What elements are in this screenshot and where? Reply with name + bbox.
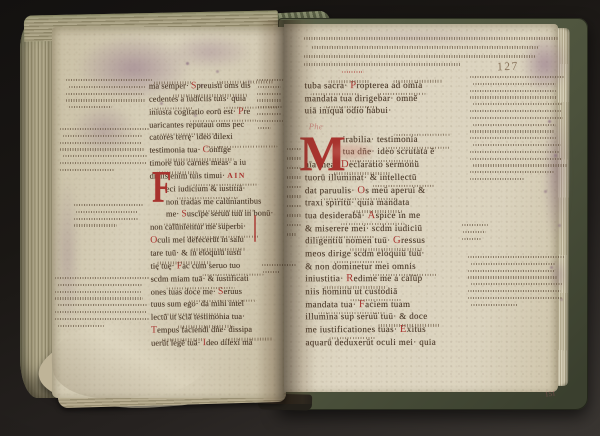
interlinear-gloss [350,159,418,162]
interlinear-gloss [329,80,370,82]
gloss-scribble-line [74,224,117,226]
gloss-scribble-line [470,137,556,139]
text-line: Oculi mei defecerūt in salu [150,234,286,248]
gloss-scribble-line [55,311,147,313]
interlinear-gloss [178,325,232,328]
margin-gloss-block [257,79,283,133]
text-line: tuus sum ego· da mihi intel [151,298,287,312]
recto-text-column: tuba sacra· Propterea ad omīamandata tua… [305,79,468,349]
text-segment: ressus [401,235,425,245]
gloss-scribble-line [257,79,283,81]
rubric-initial: G [393,235,401,246]
gloss-scribble-line [258,86,281,88]
margin-gloss-block [66,79,152,113]
text-line: niis hominū ut custodiā [305,285,467,298]
gloss-scribble-line [470,158,562,160]
gloss-scribble-line [473,144,561,146]
text-line: uerūt legē tuā· Ideo dilexi mā [151,336,287,350]
text-line: iniustitia· Redime me a calūp [305,272,467,285]
margin-gloss-block [468,256,564,310]
interlinear-gloss [191,248,245,251]
gloss-scribble-line [257,93,281,95]
text-segment: testimonia tua· [149,145,202,154]
gloss-scribble-line [287,195,302,197]
gloss-scribble-line [55,277,150,279]
gloss-scribble-line [312,46,538,49]
interlinear-gloss [324,106,376,108]
gloss-scribble-line [55,297,143,299]
text-line: tuba sacra· Propterea ad omīa [305,79,467,92]
gloss-scribble-line [76,211,138,213]
text-line: diligentiū nomen tuū· Gressus [305,234,467,247]
interlinear-gloss [370,274,438,277]
gloss-scribble-line [60,162,147,164]
gloss-scribble-line [58,304,148,306]
gloss-scribble-line [287,205,302,207]
gloss-scribble-line [257,113,282,115]
gloss-scribble-line [66,79,152,81]
interlinear-gloss [162,338,203,341]
interlinear-gloss [184,235,259,238]
gloss-scribble-line [470,90,556,92]
red-ink-smudge [328,145,372,158]
text-line: tare tuū· & in eloquiū iusti [150,246,286,260]
gloss-scribble-line [74,218,138,220]
gloss-scribble-line [304,55,535,58]
gloss-scribble-line [304,37,558,40]
gloss-scribble-line [66,93,144,95]
gloss-scribble-line [468,256,564,258]
gloss-scribble-line [470,130,555,132]
interlinear-gloss [189,299,257,302]
gloss-scribble-line [470,171,554,173]
gloss-scribble-line [60,169,115,171]
interlinear-gloss [350,248,423,251]
gloss-scribble-line [470,110,561,112]
gloss-scribble-line [60,142,142,144]
gloss-scribble-line [462,224,488,226]
margin-gloss-block [74,204,144,231]
interlinear-gloss [324,198,397,201]
section-heading: AIN [227,171,246,180]
gloss-scribble-line [287,224,301,226]
gloss-scribble-line [470,76,564,78]
interlinear-gloss [318,236,375,238]
interlinear-gloss [226,338,274,341]
interlinear-gloss [354,210,403,212]
gloss-scribble-line [468,276,557,278]
gloss-scribble-line [470,117,563,119]
interlinear-gloss [394,80,443,82]
gloss-scribble-line [287,233,296,235]
drop-cap-F: F [152,165,171,210]
gloss-scribble-line [471,283,562,285]
interlinear-gloss [318,312,386,315]
margin-gloss-block [55,277,150,331]
gloss-scribble-line [60,128,150,130]
gloss-scribble-line [287,186,301,188]
gloss-scribble-line [263,271,280,273]
manuscript-photo: ma semper· Spreuisti oms discedentes a i… [0,0,600,436]
margin-gloss-block [262,264,296,278]
gloss-scribble-line [473,164,567,166]
text-line: & non dominetur mei omnis [305,259,467,272]
gloss-scribble-line [471,304,518,306]
gloss-scribble-line [468,270,555,272]
gloss-scribble-line [287,214,300,216]
gloss-scribble-line [470,178,525,180]
gloss-scribble-line [55,291,141,293]
text-line: illumina sup seruū tuū· & doce [305,310,467,323]
corner-mark: 151 [545,389,556,398]
text-segment: dat paruulis· [305,185,357,195]
gloss-scribble-line [66,99,146,101]
text-line: tua desiderabā· Aspice in me [305,209,467,222]
gloss-scribble-line [258,106,283,108]
gloss-scribble-line [60,148,144,150]
gloss-scribble-line [468,290,561,292]
text-line: lectū ut sciā testimonia tua· [151,311,287,325]
gloss-scribble-line [473,124,556,126]
text-line: traxi spiritū· quia mandata [305,196,467,209]
text-line: meos dirige scdm eloquiū tuū· [305,247,467,260]
gloss-scribble-line [69,106,112,108]
folio-number: 127 [497,61,519,74]
margin-gloss-block [462,224,488,244]
gloss-scribble-line [470,96,557,98]
rubric-stroke [254,215,256,242]
gloss-scribble-line [257,99,281,101]
gloss-scribble-line [74,204,144,206]
text-line: Tempus faciendi dñe· dissipa [151,323,287,337]
interlinear-gloss [325,286,387,289]
margin-gloss-block [60,128,150,176]
gloss-scribble-line [471,263,556,265]
text-line: & miserere mei· scdm iudiciū [305,221,467,234]
gloss-scribble-line [63,135,143,137]
gloss-scribble-line [462,238,481,240]
gloss-scribble-line [473,103,562,105]
margin-gloss-block [470,76,564,185]
interlinear-gloss [386,147,451,150]
gloss-scribble-line [262,264,296,266]
interlinear-gloss [164,313,221,316]
text-line: me iustificationes tuas· Exitus [305,323,467,336]
text-line: dat paruulis· Os meū aperui & [305,183,467,196]
gloss-scribble-line [257,120,283,122]
interlinear-gloss [157,261,211,264]
text-line: non calūnientur me superbi· [150,221,286,235]
gloss-scribble-line [258,127,271,129]
margin-gloss-block [304,37,558,72]
gloss-scribble-line [304,63,461,66]
text-segment: iniustitia· [305,273,346,283]
text-line: mandata tua· Faciem tuam [305,297,467,310]
interlinear-gloss [373,185,435,188]
interlinear-gloss [207,145,278,148]
gloss-scribble-line [473,83,557,85]
text-line: ones tuas doce me· Seruus [151,285,287,299]
interlinear-gloss [378,324,440,327]
text-line: testimonia tua· Confige [149,144,285,158]
gloss-scribble-line [55,318,149,320]
gloss-scribble-line [58,284,143,286]
text-line: mandata tua dirigebar· omnē [305,91,467,104]
text-line: uiā iniquā odio habui· [305,104,467,117]
gloss-scribble-line [58,325,105,327]
gloss-scribble-line [63,155,149,157]
gloss-scribble-line [470,151,560,153]
text-line: aquarū deduxerūt oculi mei· quia [305,335,467,348]
gloss-scribble-line [463,231,486,233]
gloss-scribble-line [69,86,146,88]
interlinear-gloss [154,82,192,85]
gloss-scribble-line [468,297,563,299]
